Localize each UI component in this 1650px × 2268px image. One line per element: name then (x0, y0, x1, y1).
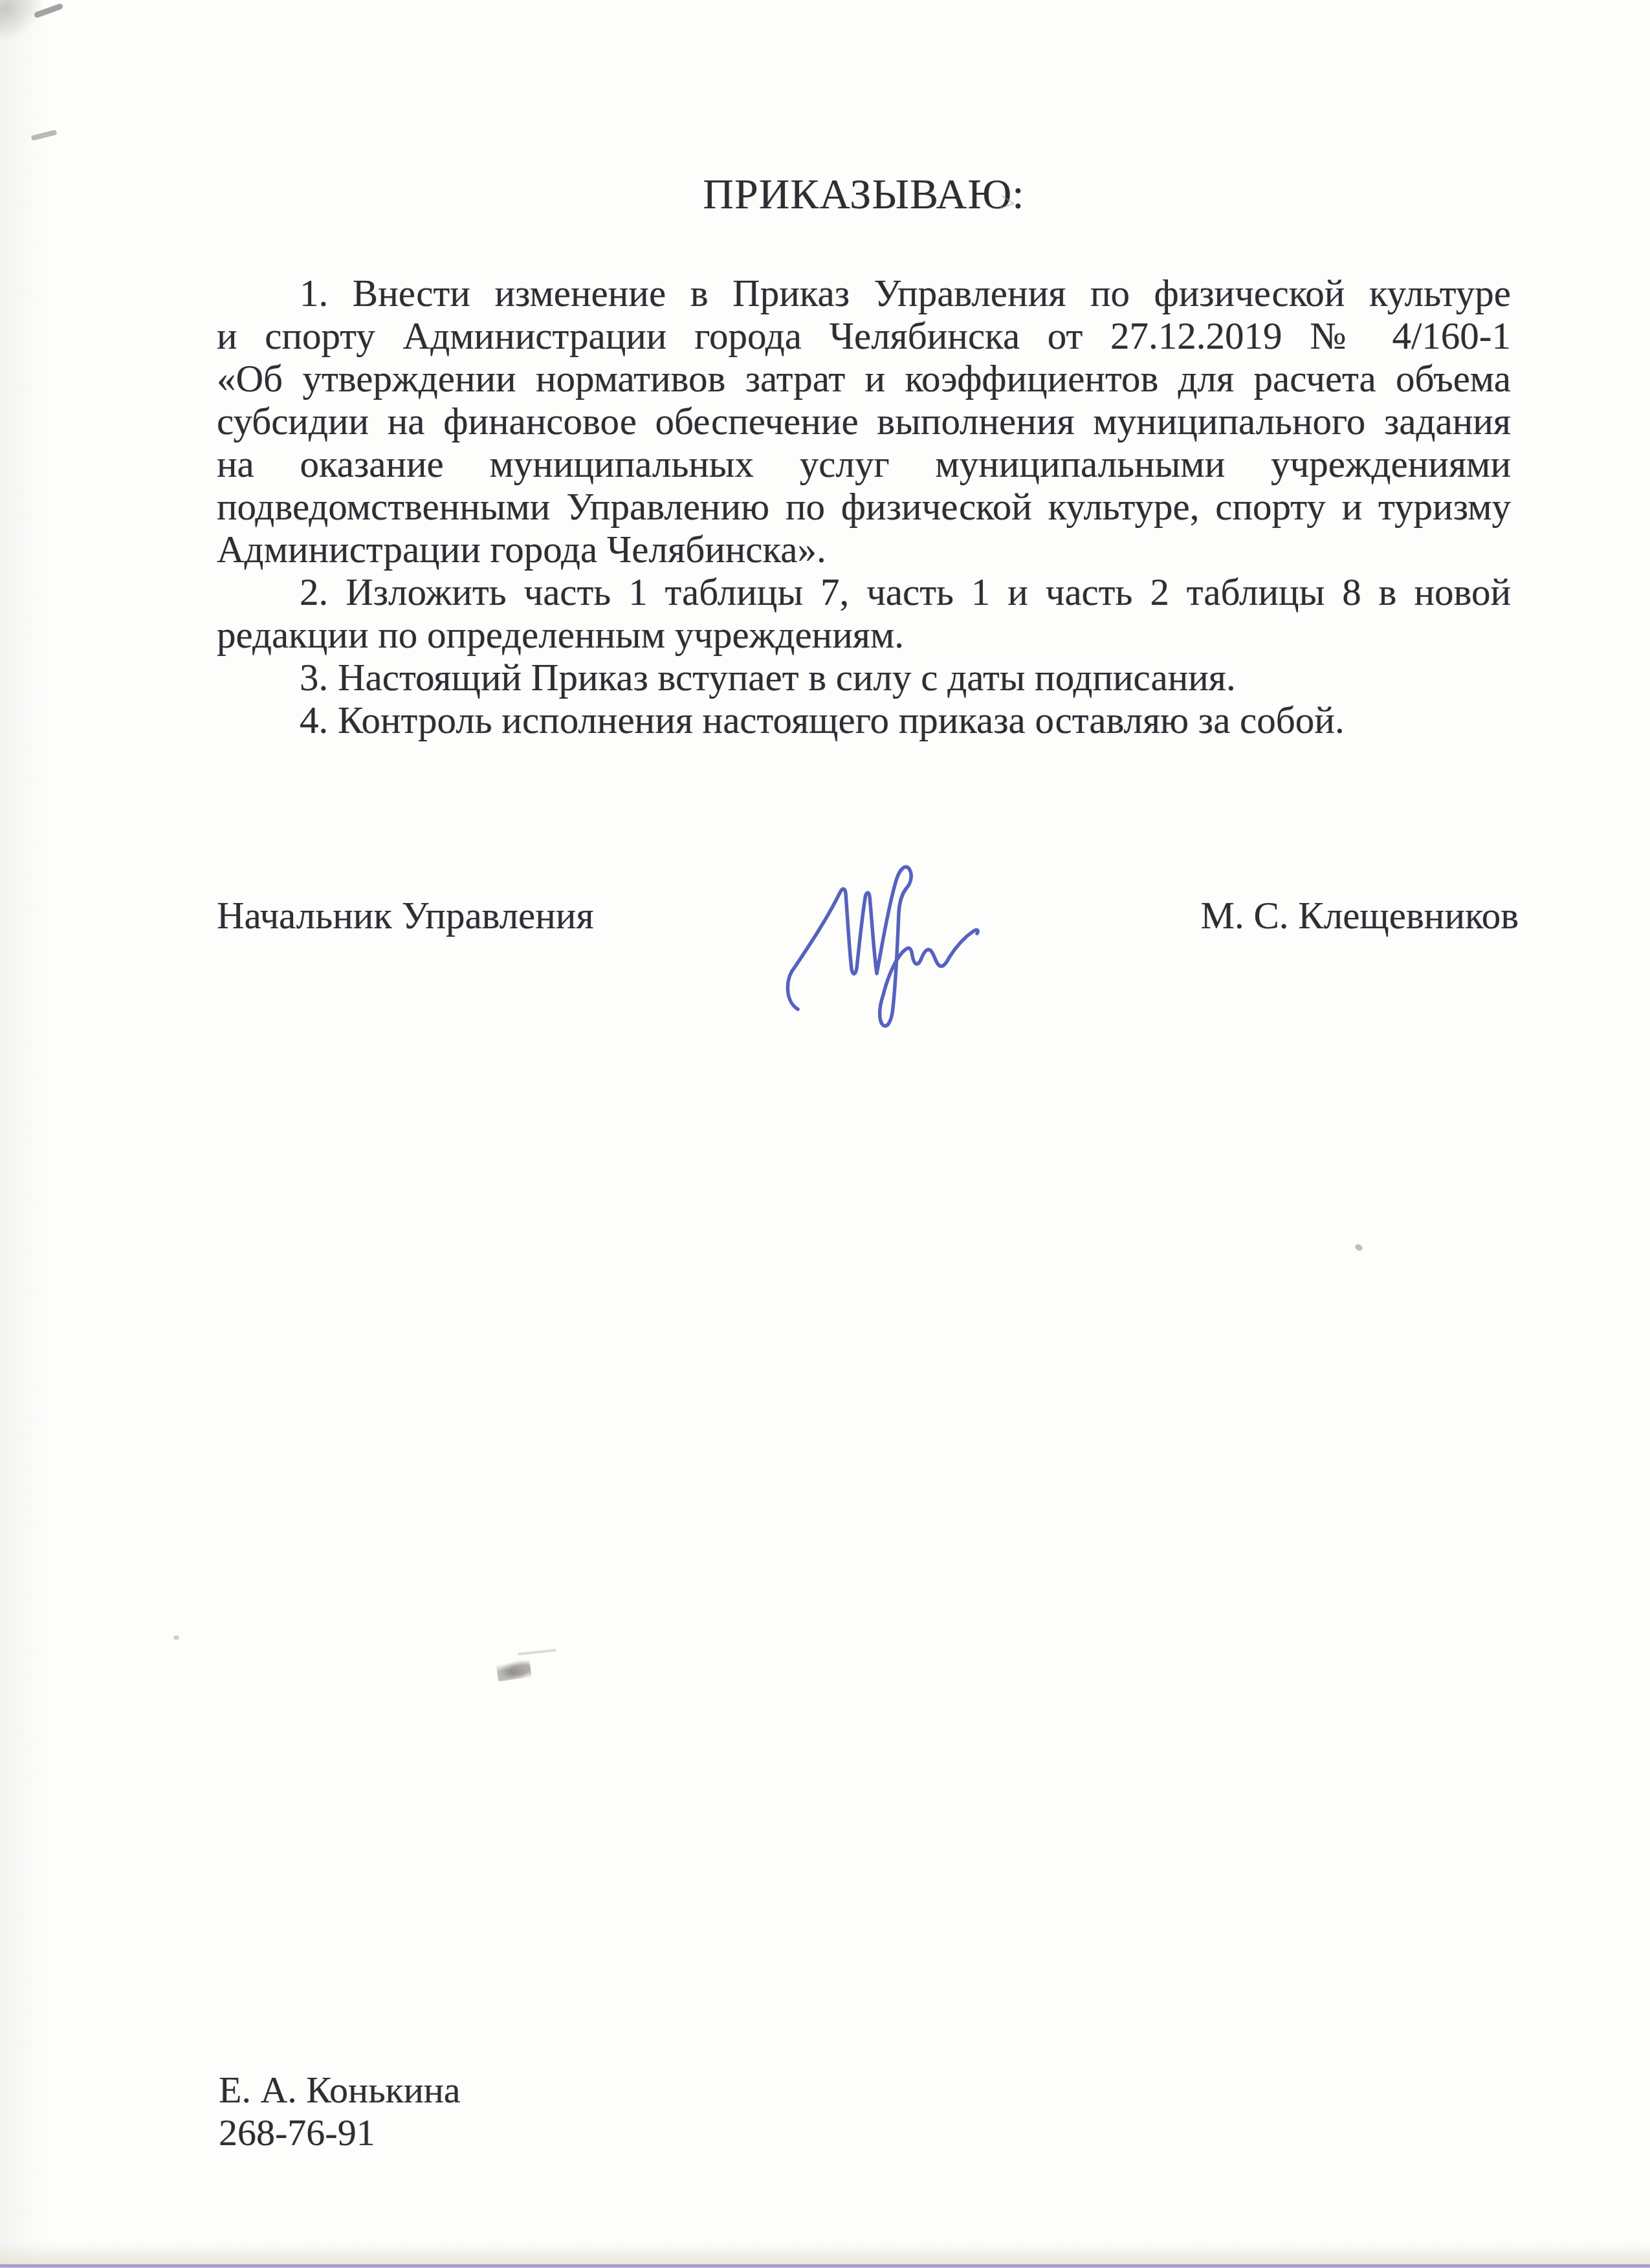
scan-artifact-streak (518, 1649, 556, 1655)
executor-name: Е. А. Конькина (219, 2069, 461, 2111)
paragraph-1-line: и спорту Администрации города Челябинска… (217, 314, 1511, 357)
paragraph-1-line: на оказание муниципальных услуг муниципа… (217, 442, 1511, 485)
executor-block: Е. А. Конькина 268-76-91 (219, 2069, 461, 2154)
paragraph-1-line: субсидии на финансовое обеспечение выпол… (217, 400, 1511, 442)
scan-edge-shadow (0, 2242, 1650, 2264)
signature-stroke (787, 867, 978, 1026)
paragraph-2-line: редакции по определенным учреждениям. (217, 613, 1511, 656)
handwritten-signature (775, 855, 989, 1043)
paragraph-1-line: 1. Внести изменение в Приказ Управления … (217, 272, 1511, 314)
scan-edge-line (0, 2264, 1650, 2268)
paragraph-4-line: 4. Контроль исполнения настоящего приказ… (217, 699, 1511, 741)
scan-artifact-corner-smudge (0, 0, 56, 45)
scanned-order-page: ПРИКАЗЫВАЮ: 1. Внести изменение в Приказ… (0, 0, 1650, 2268)
signatory-name: М. С. Клещевников (1201, 894, 1519, 937)
signatory-position-label: Начальник Управления (217, 894, 594, 937)
paragraph-3-line: 3. Настоящий Приказ вступает в силу с да… (217, 656, 1511, 699)
order-title: ПРИКАЗЫВАЮ: (217, 169, 1511, 220)
order-body: 1. Внести изменение в Приказ Управления … (217, 272, 1511, 741)
paragraph-1-line: Администрации города Челябинска». (217, 528, 1511, 571)
scan-artifact-speck (1354, 1243, 1364, 1252)
scan-artifact-tick (34, 3, 63, 18)
executor-phone: 268-76-91 (219, 2111, 461, 2154)
paragraph-2-line: 2. Изложить часть 1 таблицы 7, часть 1 и… (217, 571, 1511, 613)
paragraph-1-line: подведомственными Управлению по физическ… (217, 485, 1511, 528)
scan-artifact-speck (173, 1635, 179, 1640)
scan-artifact-smudge (496, 1658, 532, 1682)
paragraph-1-line: «Об утверждении нормативов затрат и коэф… (217, 357, 1511, 400)
scan-artifact-tick (31, 129, 58, 140)
